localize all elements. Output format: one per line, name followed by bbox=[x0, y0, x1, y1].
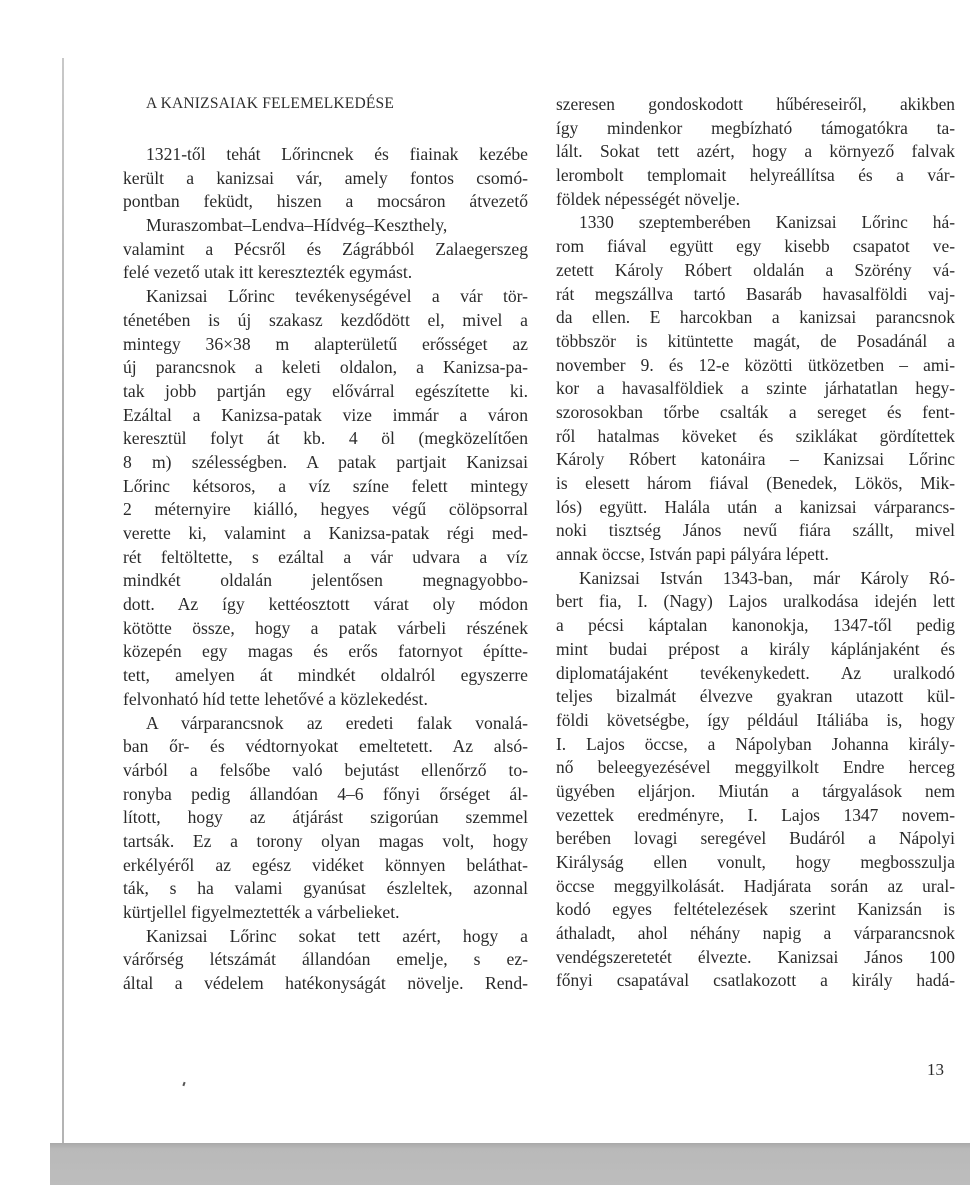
text-line: kötötte össze, hogy a patak várbeli rész… bbox=[123, 617, 528, 641]
text-line: 1330 szeptemberében Kanizsai Lőrinc há- bbox=[556, 211, 955, 235]
page-margin bbox=[0, 0, 62, 1185]
text-line: Muraszombat–Lendva–Hídvég–Keszthely, bbox=[123, 214, 528, 238]
text-line: földi követségbe, így például Itáliába i… bbox=[556, 709, 955, 733]
text-line: 2 méternyire kiálló, hegyes végű cölöpso… bbox=[123, 498, 528, 522]
text-line: szeresen gondoskodott hűbéreseiről, akik… bbox=[556, 93, 955, 117]
text-line: rát megszállva tartó Basaráb havasalföld… bbox=[556, 283, 955, 307]
text-line: is elesett három fiával (Benedek, Lökös,… bbox=[556, 472, 955, 496]
text-line: Károly Róbert katonáira – Kanizsai Lőrin… bbox=[556, 448, 955, 472]
text-line: várőrség létszámát állandóan emelje, s e… bbox=[123, 948, 528, 972]
text-line: bert fia, I. (Nagy) Lajos uralkodása ide… bbox=[556, 590, 955, 614]
text-line: 8 m) szélességben. A patak partjait Kani… bbox=[123, 451, 528, 475]
text-line: Kanizsai Lőrinc tevékenységével a vár tö… bbox=[123, 285, 528, 309]
text-line: vendégszeretetét élvezte. Kanizsai János… bbox=[556, 946, 955, 970]
text-line: felvonható híd tette lehetővé a közleked… bbox=[123, 688, 528, 712]
text-line: annak öccse, István papi pályára lépett. bbox=[556, 543, 955, 567]
left-column: A KANIZSAIAK FELEMELKEDÉSE 1321-től tehá… bbox=[123, 93, 528, 996]
scan-bottom-edge bbox=[50, 1143, 970, 1185]
text-line: került a kanizsai vár, amely fontos csom… bbox=[123, 167, 528, 191]
text-line: dott. Az így kettéosztott várat oly módo… bbox=[123, 593, 528, 617]
text-line: öccse meggyilkolását. Hadjárata során az… bbox=[556, 875, 955, 899]
page-number: 13 bbox=[927, 1060, 944, 1080]
text-line: így mindenkor megbízható támogatókra ta- bbox=[556, 117, 955, 141]
text-line: verette ki, valamint a Kanizsa-patak rég… bbox=[123, 522, 528, 546]
text-line: keresztül folyt át kb. 4 öl (megközelítő… bbox=[123, 427, 528, 451]
text-line: közepén egy magas és erős fatornyot épít… bbox=[123, 640, 528, 664]
text-line: da ellen. E harcokban a kanizsai parancs… bbox=[556, 306, 955, 330]
text-line: 1321-től tehát Lőrincnek és fiainak kezé… bbox=[123, 143, 528, 167]
text-line: teljes bizalmát élvezve gyakran utazott … bbox=[556, 685, 955, 709]
text-line: kor a havasalföldiek a szinte járhatatla… bbox=[556, 377, 955, 401]
text-line: Kanizsai István 1343-ban, már Károly Ró- bbox=[556, 567, 955, 591]
text-line: I. Lajos öccse, a Nápolyban Johanna kirá… bbox=[556, 733, 955, 757]
right-column-text: szeresen gondoskodott hűbéreseiről, akik… bbox=[556, 93, 955, 993]
text-line: noki tisztség János nevű fiára szállt, m… bbox=[556, 519, 955, 543]
text-line: kürtjellel figyelmeztették a várbelieket… bbox=[123, 901, 528, 925]
text-line: ténetében is új szakasz kezdődött el, mi… bbox=[123, 309, 528, 333]
text-line: mint budai prépost a király káplánjaként… bbox=[556, 638, 955, 662]
chapter-heading: A KANIZSAIAK FELEMELKEDÉSE bbox=[146, 93, 528, 115]
text-line: valamint a Pécsről és Zágrábból Zalaeger… bbox=[123, 238, 528, 262]
text-line: berében lovagi seregével Budáról a Nápol… bbox=[556, 827, 955, 851]
text-line: a pécsi káptalan kanonokja, 1347-től ped… bbox=[556, 614, 955, 638]
right-column: szeresen gondoskodott hűbéreseiről, akik… bbox=[556, 93, 955, 993]
text-line: földek népességét növelje. bbox=[556, 188, 955, 212]
text-line: ügyében eljárjon. Miután a tárgyalások n… bbox=[556, 780, 955, 804]
text-line: Lőrinc kétsoros, a víz színe felett mint… bbox=[123, 475, 528, 499]
text-line: tak jobb partján egy elővárral egészítet… bbox=[123, 380, 528, 404]
text-line: lított, hogy az átjárást szigorúan szemm… bbox=[123, 806, 528, 830]
text-line: tett, amelyen át mindkét oldalról egysze… bbox=[123, 664, 528, 688]
text-line: tartsák. Ez a torony olyan magas volt, h… bbox=[123, 830, 528, 854]
text-line: lós) együtt. Halála után a kanizsai várp… bbox=[556, 496, 955, 520]
text-line: lerombolt templomait helyreállítsa és a … bbox=[556, 164, 955, 188]
page-binding-edge bbox=[62, 58, 64, 1168]
text-line: kodó egyes feltételezések szerint Kanizs… bbox=[556, 898, 955, 922]
text-line: A várparancsnok az eredeti falak vonalá- bbox=[123, 712, 528, 736]
text-line: felé vezető utak itt keresztezték egymás… bbox=[123, 261, 528, 285]
text-line: ről hatalmas köveket és sziklákat gördít… bbox=[556, 425, 955, 449]
text-line: vezettek eredményre, I. Lajos 1347 novem… bbox=[556, 804, 955, 828]
text-line: diplomatájaként tevékenykedett. Az uralk… bbox=[556, 662, 955, 686]
text-line: nő beleegyezésével meggyilkolt Endre her… bbox=[556, 756, 955, 780]
text-line: november 9. és 12-e közötti ütközetben –… bbox=[556, 354, 955, 378]
text-line: erkélyéről az egész vidéket könnyen belá… bbox=[123, 854, 528, 878]
text-line: főnyi csapatával csatlakozott a király h… bbox=[556, 969, 955, 993]
text-line: szorosokban tőrbe csalták a sereget és f… bbox=[556, 401, 955, 425]
text-line: várból a felsőbe való bejutást ellenőrző… bbox=[123, 759, 528, 783]
text-line: Ezáltal a Kanizsa-patak vize immár a vár… bbox=[123, 404, 528, 428]
text-line: ban őr- és védtornyokat emeltetett. Az a… bbox=[123, 735, 528, 759]
text-line: zetett Károly Róbert oldalán a Szörény v… bbox=[556, 259, 955, 283]
text-line: új parancsnok a keleti oldalon, a Kanizs… bbox=[123, 356, 528, 380]
text-line: mintegy 36×38 m alapterületű erősséget a… bbox=[123, 333, 528, 357]
text-line: Kanizsai Lőrinc sokat tett azért, hogy a bbox=[123, 925, 528, 949]
text-line: ták, s ha valami gyanúsat észleltek, azo… bbox=[123, 877, 528, 901]
text-line: többször is kitüntette magát, de Posadán… bbox=[556, 330, 955, 354]
left-column-text: 1321-től tehát Lőrincnek és fiainak kezé… bbox=[123, 143, 528, 996]
text-line: pontban feküdt, hiszen a mocsáron átveze… bbox=[123, 190, 528, 214]
text-line: rom fiával együtt egy kisebb csapatot ve… bbox=[556, 235, 955, 259]
text-line: ronyba pedig állandóan 4–6 főnyi őrséget… bbox=[123, 783, 528, 807]
text-line: Királyság ellen vonult, hogy megbosszulj… bbox=[556, 851, 955, 875]
text-line: lált. Sokat tett azért, hogy a környező … bbox=[556, 140, 955, 164]
text-line: rét feltöltette, s ezáltal a vár udvara … bbox=[123, 546, 528, 570]
text-line: által a védelem hatékonyságát növelje. R… bbox=[123, 972, 528, 996]
scan-speck bbox=[182, 1082, 185, 1086]
text-line: mindkét oldalán jelentősen megnagyobbo- bbox=[123, 569, 528, 593]
text-line: áthaladt, ahol néhány napig a várparancs… bbox=[556, 922, 955, 946]
